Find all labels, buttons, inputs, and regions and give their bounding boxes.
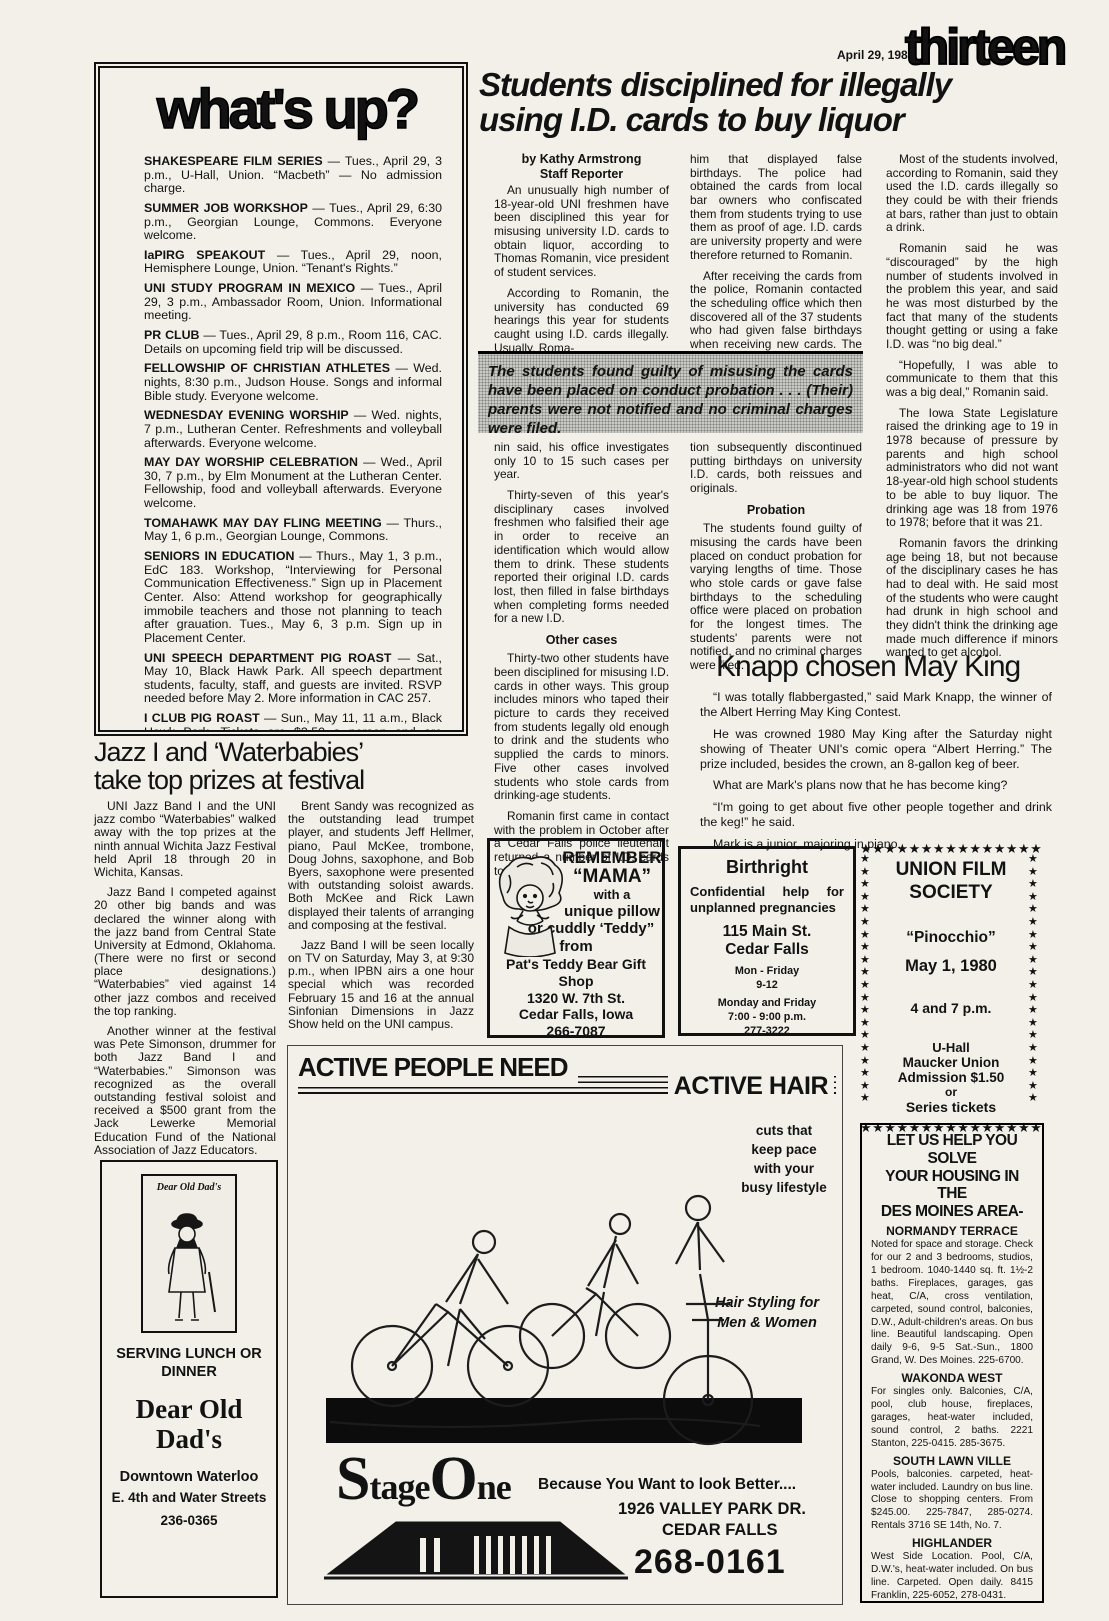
event-item: UNI SPEECH DEPARTMENT PIG ROAST — Sat., … bbox=[144, 652, 442, 707]
stage-one-address2: CEDAR FALLS bbox=[662, 1521, 778, 1540]
poster-text: Dear Old Dad's bbox=[143, 1182, 235, 1193]
subhead-other-cases: Other cases bbox=[494, 633, 669, 647]
union-film-or: or bbox=[876, 1085, 1026, 1099]
birthright-sched2-hours: 7:00 - 9:00 p.m. bbox=[690, 1010, 844, 1024]
event-item: SUMMER JOB WORKSHOP — Tues., April 29, 6… bbox=[144, 202, 442, 243]
birthright-sched2-days: Monday and Friday bbox=[690, 996, 844, 1010]
bonnet-lady-illustration bbox=[493, 853, 567, 957]
article-paragraph: According to Romanin, the university has… bbox=[494, 287, 669, 355]
union-film-content: UNION FILM SOCIETY “Pinocchio” May 1, 19… bbox=[876, 859, 1026, 1115]
union-film-admission: Admission $1.50 bbox=[876, 1070, 1026, 1085]
article-col3: Most of the students involved, according… bbox=[886, 153, 1058, 667]
main-headline: Students disciplined for illegally using… bbox=[479, 68, 1057, 138]
whats-up-box: what's up? SHAKESPEARE FILM SERIES — Tue… bbox=[94, 62, 468, 736]
article-paragraph: Brent Sandy was recognized as the outsta… bbox=[288, 800, 474, 932]
dads-serving-line2: DINNER bbox=[102, 1363, 276, 1381]
housing-title-line3: DES MOINES AREA- bbox=[871, 1203, 1033, 1221]
byline-role: Staff Reporter bbox=[494, 167, 669, 182]
article-col1-bottom: nin said, his office investigates only 1… bbox=[494, 441, 669, 885]
birthright-sched1: Mon - Friday 9-12 bbox=[690, 964, 844, 992]
event-item: PR CLUB — Tues., April 29, 8 p.m., Room … bbox=[144, 329, 442, 356]
event-name: TOMAHAWK MAY DAY FLING MEETING bbox=[144, 516, 382, 530]
dads-serving-line1: SERVING LUNCH OR bbox=[102, 1345, 276, 1363]
teddy-bear-ad: REMEMBER “MAMA” with a unique pillow or … bbox=[487, 838, 665, 1038]
event-item: I CLUB PIG ROAST — Sun., May 11, 11 a.m.… bbox=[144, 712, 442, 736]
active-hair-headline: ACTIVE HAIR bbox=[668, 1072, 834, 1101]
dear-old-dads-poster: Dear Old Dad's bbox=[141, 1174, 237, 1333]
mama-address1: 1320 W. 7th St. bbox=[490, 990, 662, 1007]
birthright-desc: Confidential help for unplanned pregnanc… bbox=[690, 884, 844, 917]
housing-section-text: Pools, balconies. carpeted, heat-water i… bbox=[871, 1469, 1033, 1534]
dear-old-dads-ad: Dear Old Dad's SERVING LUNCH OR DINNER D… bbox=[100, 1160, 278, 1598]
jazz-col1: UNI Jazz Band I and the UNI jazz combo “… bbox=[94, 800, 276, 1164]
union-film-date: May 1, 1980 bbox=[876, 957, 1026, 976]
byline: by Kathy Armstrong Staff Reporter bbox=[494, 152, 669, 182]
masthead: thirteen bbox=[905, 22, 1064, 72]
event-name: SENIORS IN EDUCATION bbox=[144, 549, 294, 563]
article-paragraph: tion subsequently discontinued putting b… bbox=[690, 441, 862, 496]
col1-bottom-paras: nin said, his office investigates only 1… bbox=[494, 441, 669, 626]
birthright-sched1-days: Mon - Friday bbox=[690, 964, 844, 978]
jazz-headline: Jazz I and ‘Waterbabies’ take top prizes… bbox=[94, 738, 434, 795]
mama-address2: Cedar Falls, Iowa bbox=[490, 1006, 662, 1023]
main-headline-line1: Students disciplined for illegally bbox=[479, 68, 1057, 103]
event-name: UNI STUDY PROGRAM IN MEXICO bbox=[144, 281, 355, 295]
dads-name-line1: Dear Old bbox=[102, 1395, 276, 1425]
dads-name-line2: Dad's bbox=[102, 1425, 276, 1455]
logo-tage: tage bbox=[369, 1467, 429, 1507]
birthright-ad: Birthright Confidential help for unplann… bbox=[678, 846, 856, 1036]
event-item: FELLOWSHIP OF CHRISTIAN ATHLETES — Wed. … bbox=[144, 362, 442, 403]
birthright-phone: 277-3222 bbox=[690, 1024, 844, 1036]
event-name: SUMMER JOB WORKSHOP bbox=[144, 201, 308, 215]
dads-address: E. 4th and Water Streets bbox=[102, 1490, 276, 1505]
housing-section-name: HIGHLANDER bbox=[871, 1536, 1033, 1550]
union-film-series: Series tickets bbox=[876, 1099, 1026, 1115]
union-film-org1: UNION FILM bbox=[876, 859, 1026, 882]
page-date: April 29, 1980 bbox=[837, 48, 914, 62]
article-paragraph: He was crowned 1980 May King after the S… bbox=[700, 727, 1052, 772]
article-paragraph: What are Mark's plans now that he has be… bbox=[700, 778, 1052, 793]
housing-section: SOUTH LAWN VILLE Pools, balconies. carpe… bbox=[871, 1454, 1033, 1534]
star-border-right: ★★★★★★★★★★★★★★★★★★★★ bbox=[1028, 853, 1042, 1125]
mama-pillow: unique pillow bbox=[562, 903, 662, 920]
article-paragraph: Romanin favors the drinking age being 18… bbox=[886, 537, 1058, 660]
whats-up-title: what's up? bbox=[144, 76, 430, 141]
article-paragraph: Thirty-two other students have been disc… bbox=[494, 652, 669, 803]
article-paragraph: The Iowa State Legislature raised the dr… bbox=[886, 407, 1058, 530]
article-paragraph: Jazz Band I competed against 20 other bi… bbox=[94, 886, 276, 1018]
event-item: SENIORS IN EDUCATION — Thurs., May 1, 3 … bbox=[144, 550, 442, 645]
article-paragraph: him that displayed false birthdays. The … bbox=[690, 153, 862, 263]
article-paragraph: UNI Jazz Band I and the UNI jazz combo “… bbox=[94, 800, 276, 879]
housing-title-line1: LET US HELP YOU SOLVE bbox=[871, 1132, 1033, 1168]
event-name: PR CLUB bbox=[144, 328, 200, 342]
pull-quote: The students found guilty of misusing th… bbox=[478, 351, 863, 433]
col2-bottom-paras: tion subsequently discontinued putting b… bbox=[690, 441, 862, 496]
logo-o: O bbox=[429, 1445, 476, 1513]
housing-ad: LET US HELP YOU SOLVE YOUR HOUSING IN TH… bbox=[860, 1123, 1044, 1603]
because-tagline: Because You Want to look Better.... bbox=[538, 1476, 838, 1494]
event-item: SHAKESPEARE FILM SERIES — Tues., April 2… bbox=[144, 155, 442, 196]
dads-location: Downtown Waterloo bbox=[102, 1469, 276, 1485]
mama-phone: 266-7087 bbox=[490, 1023, 662, 1038]
housing-section: NORMANDY TERRACE Noted for space and sto… bbox=[871, 1224, 1033, 1368]
newspaper-page: April 29, 1980 thirteen what's up? SHAKE… bbox=[0, 0, 1109, 1621]
union-film-times: 4 and 7 p.m. bbox=[876, 1000, 1026, 1016]
mama-with: with a bbox=[562, 888, 662, 903]
article-paragraph: Another winner at the festival was Pete … bbox=[94, 1025, 276, 1157]
event-name: SHAKESPEARE FILM SERIES bbox=[144, 154, 323, 168]
birthright-name: Birthright bbox=[690, 857, 844, 878]
housing-section-text: West Side Location. Pool, C/A, D.W.'s, h… bbox=[871, 1551, 1033, 1603]
star-border-left: ★★★★★★★★★★★★★★★★★★★★ bbox=[860, 853, 874, 1125]
dads-phone: 236-0365 bbox=[102, 1513, 276, 1528]
union-film-location2: Maucker Union bbox=[876, 1055, 1026, 1070]
housing-title-line2: YOUR HOUSING IN THE bbox=[871, 1168, 1033, 1204]
event-item: IaPIRG SPEAKOUT — Tues., April 29, noon,… bbox=[144, 249, 442, 276]
event-name: UNI SPEECH DEPARTMENT PIG ROAST bbox=[144, 651, 391, 665]
salon-building-illustration bbox=[324, 1508, 628, 1582]
mama-remember: REMEMBER bbox=[562, 849, 662, 867]
logo-s: S bbox=[336, 1445, 369, 1513]
article-col2-bottom: tion subsequently discontinued putting b… bbox=[690, 441, 862, 680]
article-paragraph: nin said, his office investigates only 1… bbox=[494, 441, 669, 482]
article-paragraph: “I'm going to get about five other peopl… bbox=[700, 800, 1052, 830]
housing-section-name: SOUTH LAWN VILLE bbox=[871, 1454, 1033, 1468]
star-border-top: ★★★★★★★★★★★★★★★ bbox=[860, 843, 1042, 856]
mama-shop-name: Pat's Teddy Bear Gift Shop bbox=[490, 956, 662, 990]
knapp-headline: Knapp chosen May King bbox=[716, 650, 1020, 684]
housing-section-name: NORMANDY TERRACE bbox=[871, 1224, 1033, 1238]
article-paragraph: An unusually high number of 18-year-old … bbox=[494, 184, 669, 280]
cyclists-illustration bbox=[300, 1104, 780, 1454]
housing-section: HIGHLANDER West Side Location. Pool, C/A… bbox=[871, 1536, 1033, 1603]
event-name: WEDNESDAY EVENING WORSHIP bbox=[144, 408, 349, 422]
birthright-address2: Cedar Falls bbox=[690, 941, 844, 960]
housing-section-text: For singles only. Balconies, C/A, pool, … bbox=[871, 1386, 1033, 1451]
birthright-sched1-hours: 9-12 bbox=[690, 978, 844, 992]
birthright-sched2: Monday and Friday 7:00 - 9:00 p.m. 277-3… bbox=[690, 996, 844, 1036]
article-paragraph: “Hopefully, I was able to communicate to… bbox=[886, 359, 1058, 400]
housing-sections: NORMANDY TERRACE Noted for space and sto… bbox=[871, 1224, 1033, 1603]
union-film-society-ad: ★★★★★★★★★★★★★★★ ★★★★★★★★★★★★★★★ ★★★★★★★★… bbox=[860, 843, 1042, 1135]
bowler-hat-man-illustration bbox=[147, 1202, 227, 1326]
article-paragraph: Thirty-seven of this year's disciplinary… bbox=[494, 489, 669, 626]
mama-title: “MAMA” bbox=[562, 867, 662, 888]
stage-one-phone: 268-0161 bbox=[634, 1543, 786, 1582]
event-name: FELLOWSHIP OF CHRISTIAN ATHLETES bbox=[144, 361, 390, 375]
active-people-headline: ACTIVE PEOPLE NEED bbox=[298, 1052, 578, 1083]
knapp-article: “I was totally flabbergasted,” said Mark… bbox=[700, 690, 1052, 859]
article-paragraph: Jazz Band I will be seen locally on TV o… bbox=[288, 939, 474, 1031]
housing-section: WAKONDA WEST For singles only. Balconies… bbox=[871, 1371, 1033, 1451]
stage-one-ad: ACTIVE PEOPLE NEED ACTIVE HAIR cuts that… bbox=[287, 1045, 843, 1605]
subhead-probation: Probation bbox=[690, 503, 862, 517]
article-col1-top: An unusually high number of 18-year-old … bbox=[494, 184, 669, 362]
event-item: MAY DAY WORSHIP CELEBRATION — Wed., Apri… bbox=[144, 456, 442, 511]
event-item: UNI STUDY PROGRAM IN MEXICO — Tues., Apr… bbox=[144, 282, 442, 323]
event-name: IaPIRG SPEAKOUT bbox=[144, 248, 265, 262]
stage-one-address1: 1926 VALLEY PARK DR. bbox=[618, 1500, 806, 1519]
union-film-title: “Pinocchio” bbox=[876, 929, 1026, 947]
whats-up-events: SHAKESPEARE FILM SERIES — Tues., April 2… bbox=[144, 155, 442, 736]
event-name: I CLUB PIG ROAST bbox=[144, 711, 260, 725]
union-film-org2: SOCIETY bbox=[876, 882, 1026, 905]
birthright-address1: 115 Main St. bbox=[690, 923, 844, 942]
main-headline-line2: using I.D. cards to buy liquor bbox=[479, 103, 1057, 138]
article-paragraph: Romanin said he was “discouraged” by the… bbox=[886, 242, 1058, 352]
event-details: — Thurs., May 1, 3 p.m., EdC 183. Worksh… bbox=[144, 549, 442, 645]
article-paragraph: “I was totally flabbergasted,” said Mark… bbox=[700, 690, 1052, 720]
housing-section-text: Noted for space and storage. Check for o… bbox=[871, 1239, 1033, 1368]
housing-section-name: WAKONDA WEST bbox=[871, 1371, 1033, 1385]
article-col2-top: him that displayed false birthdays. The … bbox=[690, 153, 862, 372]
jazz-headline-line1: Jazz I and ‘Waterbabies’ bbox=[94, 738, 434, 766]
jazz-col2: Brent Sandy was recognized as the outsta… bbox=[288, 800, 474, 1038]
event-item: WEDNESDAY EVENING WORSHIP — Wed. nights,… bbox=[144, 409, 442, 450]
article-paragraph: Most of the students involved, according… bbox=[886, 153, 1058, 235]
byline-author: by Kathy Armstrong bbox=[494, 152, 669, 167]
logo-ne: ne bbox=[477, 1467, 511, 1507]
jazz-headline-line2: take top prizes at festival bbox=[94, 766, 434, 794]
event-name: MAY DAY WORSHIP CELEBRATION bbox=[144, 455, 358, 469]
union-film-location1: U-Hall bbox=[876, 1040, 1026, 1055]
event-item: TOMAHAWK MAY DAY FLING MEETING — Thurs.,… bbox=[144, 517, 442, 544]
stage-one-logo: StageOne bbox=[336, 1444, 511, 1515]
